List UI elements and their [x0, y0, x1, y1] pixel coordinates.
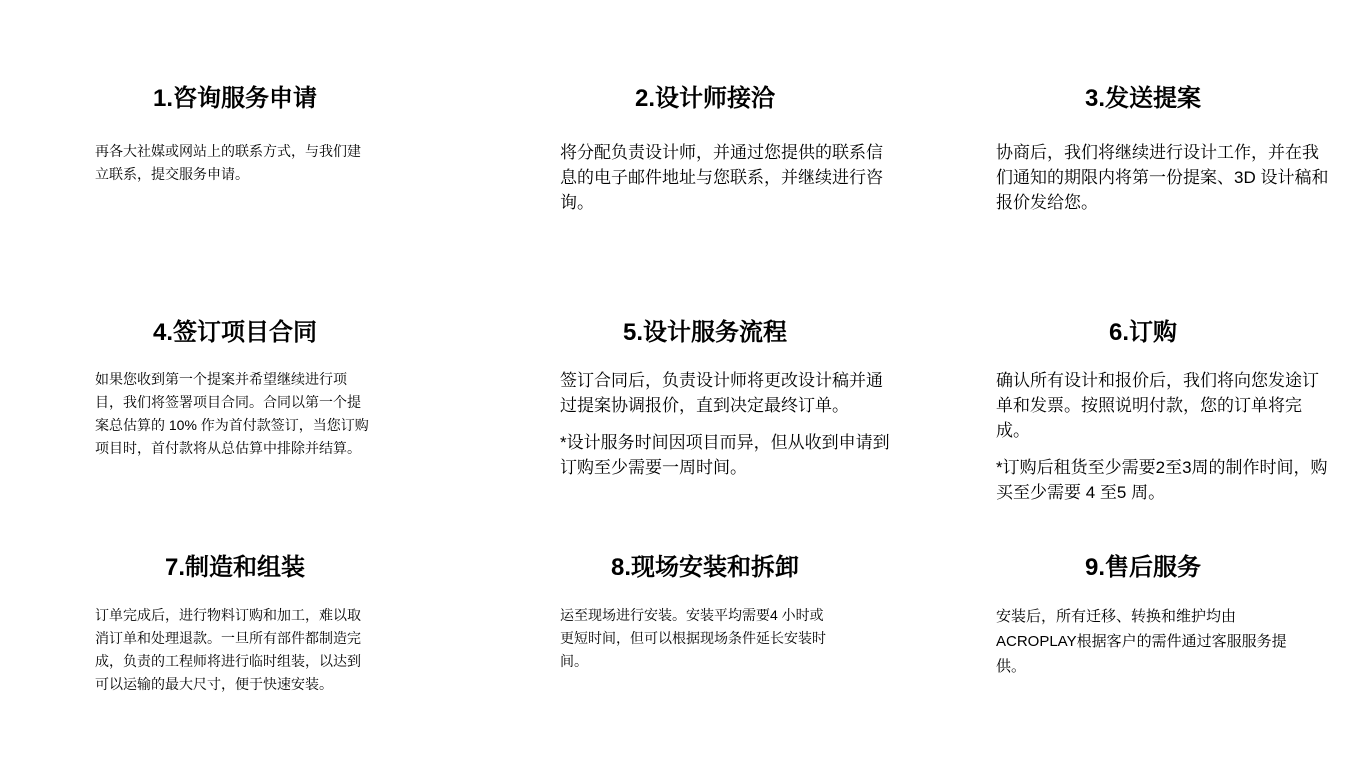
- section-7-manufacture-assembly: 7.制造和组装 订单完成后，进行物料订购和加工，难以取 消订单和处理退款。一旦所…: [95, 553, 395, 696]
- section-8-onsite-install-dismantle: 8.现场安装和拆卸 运至现场进行安装。安装平均需要4 小时或 更短时间，但可以根…: [560, 553, 900, 673]
- section-title: 3.发送提案: [996, 84, 1290, 114]
- section-title: 4.签订项目合同: [95, 318, 375, 348]
- section-body: 运至现场进行安装。安装平均需要4 小时或 更短时间，但可以根据现场条件延长安装时…: [560, 604, 900, 673]
- section-2-designer-contact: 2.设计师接洽 将分配负责设计师，并通过您提供的联系信 息的电子邮件地址与您联系…: [560, 84, 900, 215]
- section-body: 将分配负责设计师，并通过您提供的联系信 息的电子邮件地址与您联系，并继续进行咨 …: [560, 140, 900, 215]
- section-body: 确认所有设计和报价后，我们将向您发途订 单和发票。按照说明付款，您的订单将完 成…: [996, 368, 1340, 443]
- section-title: 5.设计服务流程: [560, 318, 850, 348]
- section-5-design-service-flow: 5.设计服务流程 签订合同后，负责设计师将更改设计稿并通 过提案协调报价，直到决…: [560, 318, 900, 480]
- section-body: 协商后，我们将继续进行设计工作，并在我 们通知的期限内将第一份提案、3D 设计稿…: [996, 140, 1340, 215]
- section-body: 安装后，所有迁移、转换和维护均由 ACROPLAY根据客户的需件通过客服服务提 …: [996, 604, 1340, 679]
- section-body: 订单完成后，进行物料订购和加工，难以取 消订单和处理退款。一旦所有部件都制造完 …: [95, 604, 395, 696]
- section-9-after-sales-service: 9.售后服务 安装后，所有迁移、转换和维护均由 ACROPLAY根据客户的需件通…: [996, 553, 1340, 679]
- section-title: 9.售后服务: [996, 553, 1290, 583]
- section-6-order: 6.订购 确认所有设计和报价后，我们将向您发途订 单和发票。按照说明付款，您的订…: [996, 318, 1340, 505]
- section-title: 1.咨询服务申请: [95, 84, 375, 114]
- section-note: *设计服务时间因项目而异，但从收到申请到 订购至少需要一周时间。: [560, 430, 900, 480]
- section-body: 如果您收到第一个提案并希望继续进行项 目，我们将签署项目合同。合同以第一个提 案…: [95, 368, 395, 460]
- section-4-sign-contract: 4.签订项目合同 如果您收到第一个提案并希望继续进行项 目，我们将签署项目合同。…: [95, 318, 395, 460]
- section-title: 8.现场安装和拆卸: [560, 553, 850, 583]
- section-title: 2.设计师接洽: [560, 84, 850, 114]
- section-body: 签订合同后，负责设计师将更改设计稿并通 过提案协调报价，直到决定最终订单。: [560, 368, 900, 418]
- process-slide: 1.咨询服务申请 再各大社媒或网站上的联系方式，与我们建 立联系，提交服务申请。…: [0, 0, 1366, 768]
- section-note: *订购后租货至少需要2至3周的制作时间，购 买至少需要 4 至5 周。: [996, 455, 1340, 505]
- section-title: 7.制造和组装: [95, 553, 375, 583]
- section-3-send-proposal: 3.发送提案 协商后，我们将继续进行设计工作，并在我 们通知的期限内将第一份提案…: [996, 84, 1340, 215]
- section-body: 再各大社媒或网站上的联系方式，与我们建 立联系，提交服务申请。: [95, 140, 395, 186]
- section-1-consult-request: 1.咨询服务申请 再各大社媒或网站上的联系方式，与我们建 立联系，提交服务申请。: [95, 84, 395, 186]
- section-title: 6.订购: [996, 318, 1290, 348]
